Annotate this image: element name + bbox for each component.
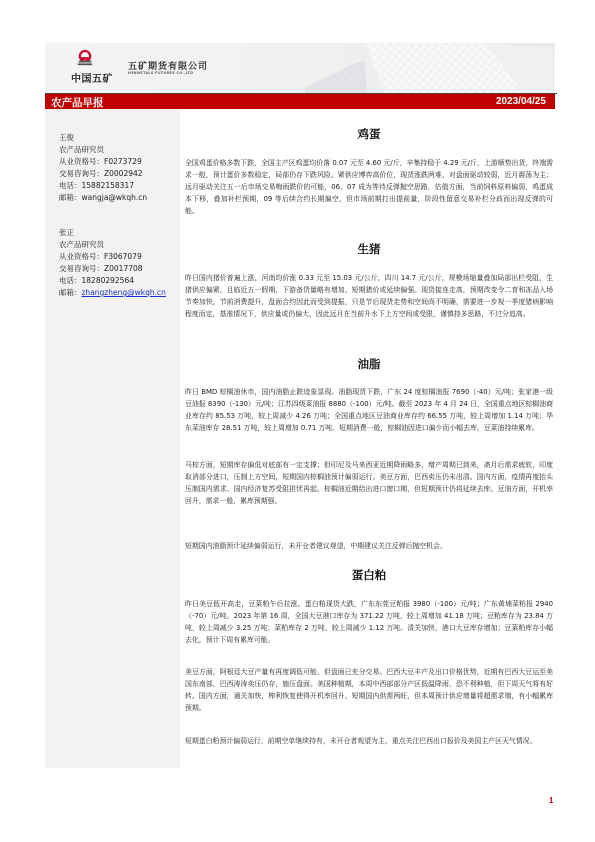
analyst-email-link[interactable]: zhangzheng@wkqh.cn: [82, 288, 166, 297]
analyst-license: 从业资格号：F0273729: [59, 156, 147, 168]
page-number: 1: [549, 796, 553, 805]
section-title-eggs: 鸡蛋: [185, 126, 553, 142]
analyst-card: 王俊 农产品研究员 从业资格号：F0273729 交易咨询号：Z0002942 …: [59, 132, 147, 204]
analyst-phone: 电话：18280292564: [59, 275, 166, 287]
report-header: 中国五矿 五矿期货有限公司 MINMETALS FUTURES CO.,LTD: [45, 43, 555, 94]
oils-paragraph-3: 短期国内油脂预计延续偏弱运行，未开仓者建议观望，中期建议关注反弹后抛空机会。: [185, 540, 553, 552]
meal-paragraph-3: 短期蛋白粕预计偏弱运行，前期空单继续持有，未开仓者观望为主，重点关注巴西出口报价…: [185, 735, 553, 747]
section-title-oils: 油脂: [185, 356, 553, 372]
meal-paragraph-1: 昨日美豆低开高走，豆菜粕午后拉涨。蛋白粕现货大跌，广东东莞豆粕报 3980（-1…: [185, 598, 553, 646]
analyst-email: 邮箱：zhangzheng@wkqh.cn: [59, 287, 166, 299]
logo-text: 中国五矿: [71, 70, 113, 85]
eggs-paragraph: 全国鸡蛋价格多数下跌，全国主产区鸡蛋均价落 0.07 元至 4.60 元/斤，辛…: [185, 157, 553, 217]
section-title-hogs: 生猪: [185, 241, 553, 257]
analyst-sidebar: 王俊 农产品研究员 从业资格号：F0273729 交易咨询号：Z0002942 …: [45, 109, 180, 768]
hogs-paragraph: 昨日国内猪价普遍上涨，河南均价涨 0.33 元至 15.03 元/公斤，四川 1…: [185, 272, 553, 320]
analyst-name: 张正: [59, 227, 166, 239]
report-title: 农产品早报: [51, 95, 104, 110]
analyst-title: 农产品研究员: [59, 144, 147, 156]
company-name-en: MINMETALS FUTURES CO.,LTD: [128, 71, 193, 75]
building-background-image: [305, 43, 555, 94]
analyst-card: 张正 农产品研究员 从业资格号：F3067079 交易咨询号：Z0017708 …: [59, 227, 166, 299]
analyst-title: 农产品研究员: [59, 239, 166, 251]
oils-paragraph-2: 马棕方面，短期库存偏低对底部有一定支撑；但印尼及马来西亚近期降雨略多，增产周期已…: [185, 459, 553, 507]
report-date: 2023/04/25: [496, 96, 546, 107]
china-minmetals-emblem-icon: [76, 49, 94, 67]
title-bar: 农产品早报 2023/04/25: [45, 94, 555, 109]
section-title-meal: 蛋白粕: [185, 567, 553, 583]
analyst-advisory: 交易咨询号：Z0017708: [59, 263, 166, 275]
meal-paragraph-2: 美豆方面，阿根廷大豆产量有再度调低可能，但盘面已充分交易。巴西大豆丰产及出口价格…: [185, 666, 553, 714]
analyst-advisory: 交易咨询号：Z0002942: [59, 168, 147, 180]
analyst-name: 王俊: [59, 132, 147, 144]
oils-paragraph-1: 昨日 BMD 棕榈油休市，国内油脂止跌迹象显现。油脂现货下跌，广东 24 度棕榈…: [185, 386, 553, 434]
analyst-phone: 电话：15882158317: [59, 180, 147, 192]
analyst-license: 从业资格号：F3067079: [59, 251, 166, 263]
analyst-email: 邮箱：wangja@wkqh.cn: [59, 192, 147, 204]
